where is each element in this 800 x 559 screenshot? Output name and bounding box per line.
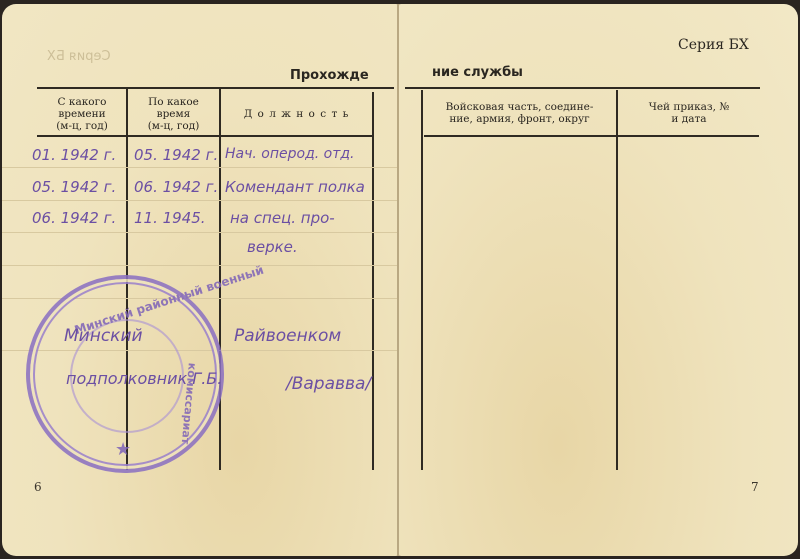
- page-number-right: 7: [751, 480, 759, 494]
- signature-name: /Варавва/: [286, 374, 371, 394]
- left-page: Серия БХ Прохожде С какого времени (м-ц,…: [2, 4, 398, 556]
- row2-from: 05. 1942 г.: [32, 178, 116, 196]
- row3-to: 11. 1945.: [134, 209, 206, 227]
- section-title-left: Прохожде: [290, 68, 369, 83]
- table-top-rule: [37, 87, 394, 89]
- column-header-unit: Войсковая часть, соедине- ние, армия, фр…: [423, 101, 616, 125]
- row1-position: Нач. оперод. отд.: [225, 146, 355, 162]
- column-header-from: С какого времени (м-ц, год): [38, 96, 126, 132]
- right-page: Серия БХ ние службы Войсковая часть, сое…: [399, 4, 798, 556]
- column-header-order: Чей приказ, № и дата: [618, 101, 760, 125]
- column-header-position: Д о л ж н о с т ь: [221, 108, 372, 120]
- column-divider: [372, 92, 374, 470]
- row1-to: 05. 1942 г.: [134, 146, 218, 164]
- table-top-rule: [405, 87, 760, 89]
- signature-city: Минский: [64, 326, 143, 346]
- column-divider: [616, 90, 618, 470]
- row4-position: верке.: [247, 238, 298, 256]
- signature-rank: подполковник Г.Б.: [66, 369, 222, 388]
- header-bottom-rule: [37, 135, 372, 137]
- page-number-left: 6: [34, 480, 42, 494]
- row1-from: 01. 1942 г.: [32, 146, 116, 164]
- faded-header-bleedthrough: Серия БХ: [47, 49, 111, 64]
- series-label: Серия БХ: [678, 37, 749, 53]
- row3-from: 06. 1942 г.: [32, 209, 116, 227]
- row3-position: на спец. про-: [230, 209, 335, 227]
- section-title-right: ние службы: [432, 65, 523, 80]
- row2-position: Комендант полка: [225, 178, 365, 196]
- signature-title: Райвоенком: [234, 326, 341, 346]
- column-header-to: По какое время (м-ц, год): [128, 96, 219, 132]
- row2-to: 06. 1942 г.: [134, 178, 218, 196]
- star-icon: ★: [115, 439, 131, 460]
- column-divider: [421, 90, 423, 470]
- header-bottom-rule: [424, 135, 759, 137]
